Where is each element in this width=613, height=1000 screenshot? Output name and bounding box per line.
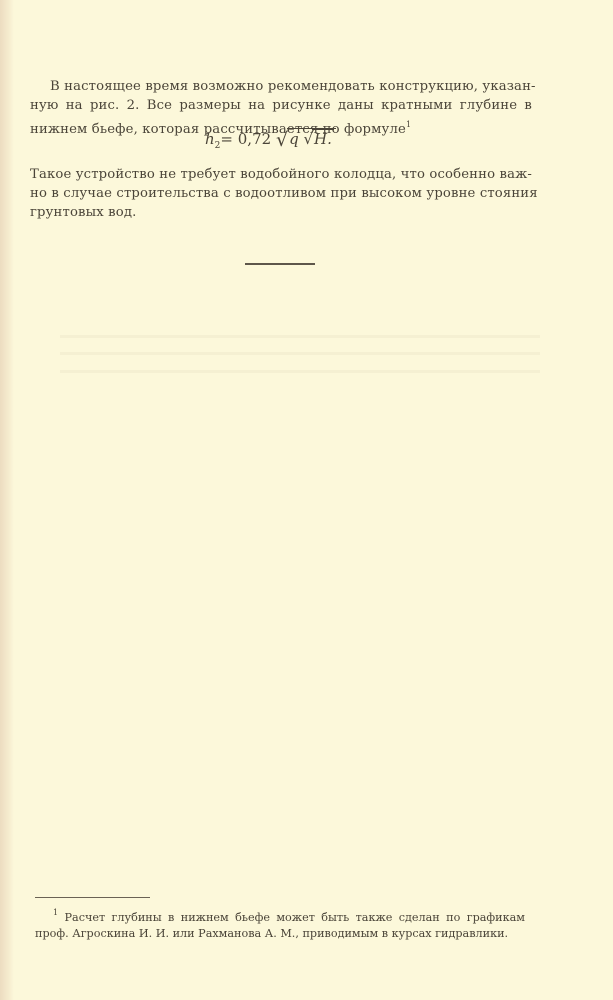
footnote-line: 1 Расчет глубины в нижнем бьефе может бы… xyxy=(35,905,525,926)
formula-coefficient: 0,72 xyxy=(238,130,271,148)
footnote-line: проф. Агроскина И. И. или Рахманова А. М… xyxy=(35,926,525,942)
paragraph-line: но в случае строительства с водоотливом … xyxy=(30,184,532,203)
footnote-rule xyxy=(35,897,150,898)
formula-variable-q: q xyxy=(289,130,299,148)
formula-h2: h2= 0,72 √q √H. xyxy=(205,128,336,151)
footnote-reference: 1 xyxy=(406,120,411,129)
bleed-through-texture xyxy=(60,352,540,355)
section-separator-rule xyxy=(245,263,315,265)
footnote: 1 Расчет глубины в нижнем бьефе может бы… xyxy=(35,905,525,942)
bleed-through-texture xyxy=(60,335,540,338)
paragraph-line: грунтовых вод. xyxy=(30,203,532,222)
paragraph-line: ную на рис. 2. Все размеры на рисунке да… xyxy=(30,96,532,115)
paragraph-line: Такое устройство не требует водобойного … xyxy=(30,165,532,184)
formula-variable-h: h xyxy=(205,130,215,148)
footnote-line-text: Расчет глубины в нижнем бьефе может быть… xyxy=(65,911,526,924)
page-left-edge-shadow xyxy=(0,0,14,1000)
formula-inner-radicand: H. xyxy=(312,129,334,148)
formula-equals: = xyxy=(220,130,233,148)
footnote-marker: 1 xyxy=(53,908,58,917)
bleed-through-texture xyxy=(60,370,540,373)
paragraph-line: В настоящее время возможно рекомендовать… xyxy=(30,77,532,96)
formula-radicand: q √H. xyxy=(287,128,336,148)
paragraph-device-description: Такое устройство не требует водобойного … xyxy=(30,165,532,222)
formula-variable-H: H. xyxy=(314,130,332,148)
